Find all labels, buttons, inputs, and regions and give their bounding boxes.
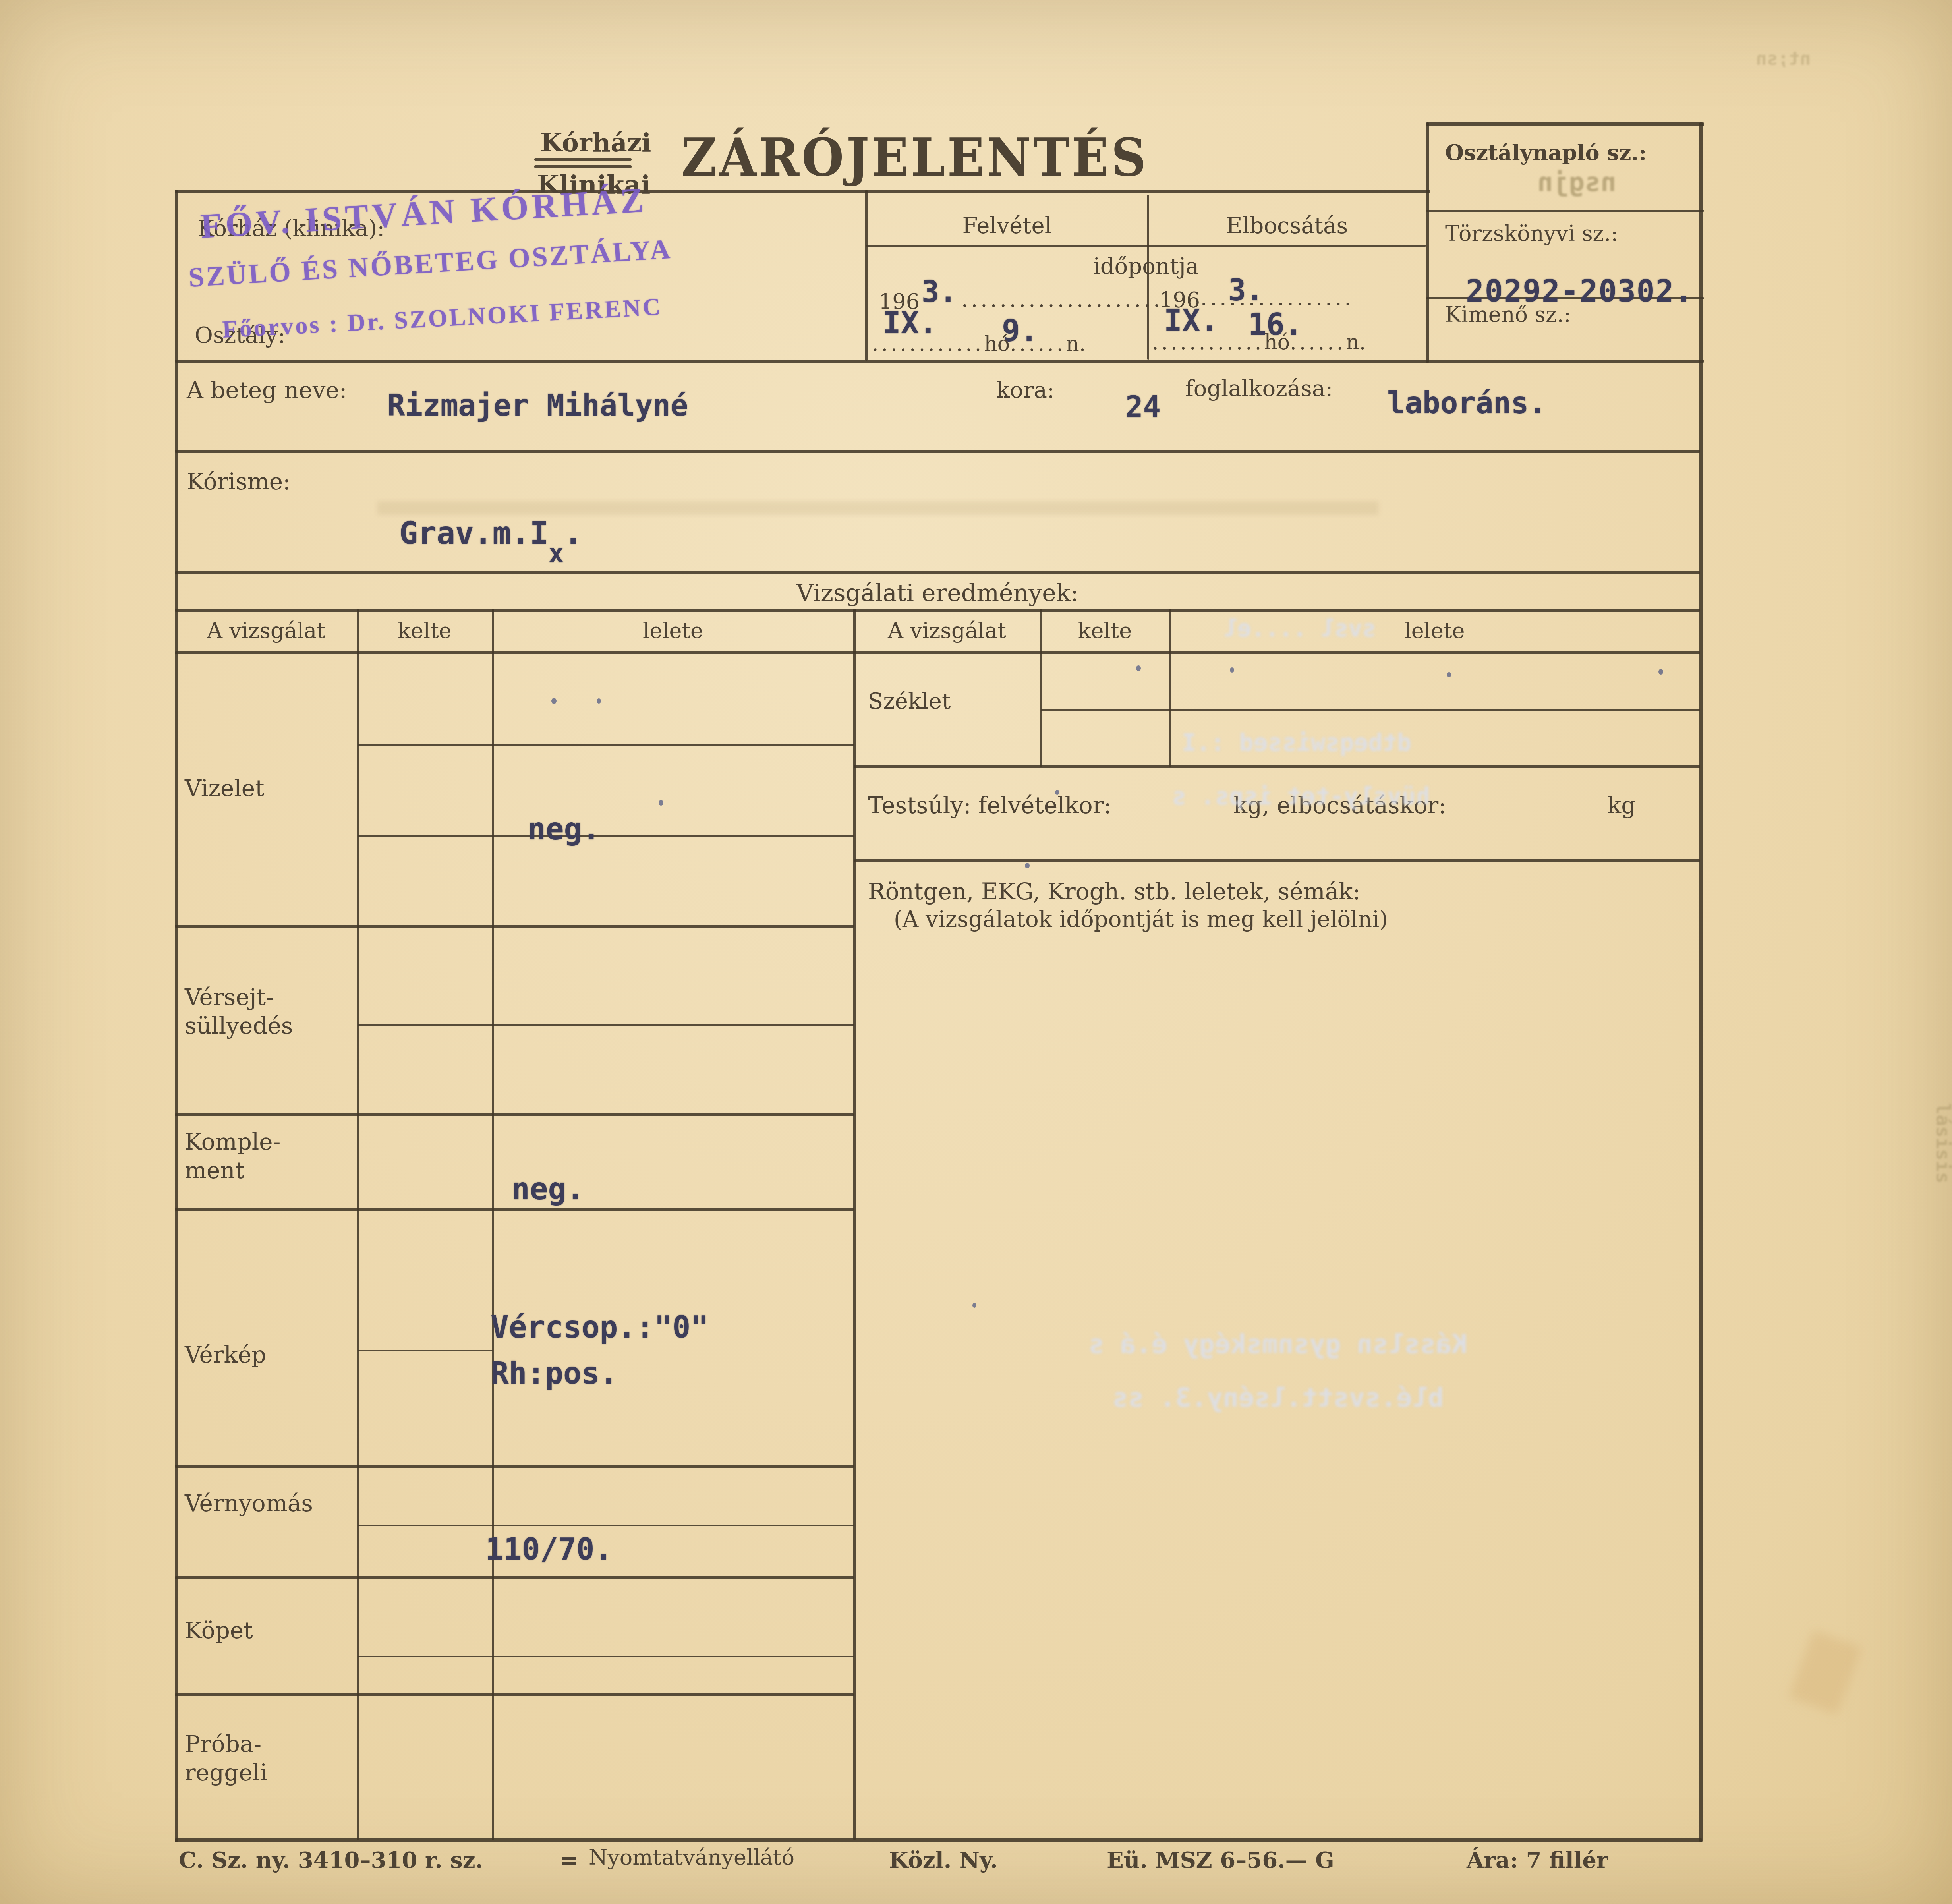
rule-vernyomas-bottom [175,1576,854,1579]
patient-age-value: 24 [1125,390,1161,424]
rule-lelete-left-divider [492,609,494,1840]
bleedthrough-block-b: blé.svstt.lsény.3. ss [1112,1382,1444,1413]
footer-printer: Közl. Ny. [889,1847,998,1873]
col-finding-left: lelete [492,618,854,643]
bleedthrough-finding-top: svsl ....el [1223,615,1376,642]
form-type-top: Kórházi [540,128,651,158]
dot-leader: ............ [1152,331,1264,354]
col-date-left: kelte [357,618,493,643]
row-label-kopet: Köpet [185,1617,253,1644]
weight-label: Testsúly: felvételkor: [868,792,1111,819]
korisme-offset-band [377,501,1378,515]
day-suffix: n. [1346,331,1366,354]
patient-occupation-label: foglalkozása: [1185,376,1333,402]
rule-cornerbox-top [1426,122,1704,126]
ink-speck [1055,790,1059,795]
rule-versejt-sub [358,1024,854,1026]
month-suffix: hó [984,332,1010,356]
dot-leader: ...... [1290,331,1346,354]
ink-speck [597,698,601,704]
ink-speck [1136,665,1141,671]
day-suffix: n. [1066,332,1086,356]
bleedthrough-right-edge: lásisis [1932,1103,1952,1183]
discharge-header: Elbocsátás [1148,213,1426,239]
finding-verkep-1: Vércsop.:"0" [491,1309,709,1345]
bleedthrough-block-a: Kásslsn gysnmskégy é.á s [1088,1329,1467,1359]
rule-korisme-bottom [175,571,1700,574]
dot-leader: ............ [872,332,984,356]
rule-center-divider [853,609,856,1840]
discharge-bottom-line: ............hó......n. [1152,331,1366,354]
paper-smudge [1789,1630,1862,1715]
xray-line1: Röntgen, EKG, Krogh. stb. leletek, sémák… [868,878,1361,905]
page-title: ZÁRÓJELENTÉS [681,126,1148,188]
rule-section1-bottom [175,360,1704,363]
rule-table-top [175,609,1700,612]
dot-leader: ...... [1010,332,1066,356]
rule-szeklet-sub [1041,709,1700,711]
month-suffix: hó [1264,331,1290,354]
row-label-proba-2: reggeli [185,1759,267,1786]
bleedthrough-stool-a: dtbeqswissed :.I [1182,729,1411,757]
rule-komplement-bottom [175,1208,854,1211]
scanned-discharge-form: Kórházi Klinikai ZÁRÓJELENTÉS Osztálynap… [0,0,1952,1904]
weight-unit-label: kg [1607,792,1636,819]
rule-name-row-bottom [175,450,1700,453]
rule-verkep-bottom [175,1465,854,1468]
rule-title-underline2 [534,165,632,168]
col-date-right: kelte [1040,618,1170,643]
col-exam-right: A vizsgálat [853,618,1041,643]
footer-supplier: Nyomtatványellátó [589,1845,794,1870]
patient-age-label: kora: [996,377,1055,403]
row-label-versejt-1: Vérsejt- [185,984,274,1011]
patient-occupation-value: laboráns. [1387,386,1546,420]
patient-name-value: Rizmajer Mihályné [387,389,688,423]
row-label-verkep: Vérkép [185,1341,266,1368]
diagnosis-period: . [564,516,582,551]
diagnosis-label: Kórisme: [187,468,291,495]
ink-speck [1658,669,1663,675]
registry-label: Törzskönyvi sz.: [1445,221,1618,246]
rule-table-bottom [175,1838,1702,1842]
ink-speck [1025,863,1030,868]
rule-vizelet-bottom [175,925,854,928]
ink-speck [659,800,663,806]
rule-felvetel-underline [866,245,1426,247]
patient-name-label: A beteg neve: [187,377,347,404]
footer-price: Ára: 7 fillér [1467,1847,1608,1873]
diagnosis-main: Grav.m.I [399,516,549,551]
rule-top-section [175,190,1430,193]
admission-bottom-line: ............hó......n. [872,332,1086,356]
registry-number-value: 20292-20302. [1466,273,1693,309]
footer-standard: Eü. MSZ 6–56.— G [1107,1847,1334,1873]
col-exam-left: A vizsgálat [175,618,358,643]
admission-dot-leader: ...................... [961,287,1173,312]
diagnosis-value: Grav.m.Ix. [399,516,582,551]
finding-vernyomas: 110/70. [485,1531,613,1567]
rule-right-thick1 [854,765,1700,768]
rule-vizelet-sub2 [358,835,854,837]
admission-header: Felvétel [866,213,1148,239]
rule-versejt-bottom [175,1113,854,1116]
finding-verkep-2: Rh:pos. [491,1355,618,1391]
xray-line2: (A vizsgálatok időpontját is meg kell je… [894,907,1388,932]
ward-log-label: Osztálynapló sz.: [1445,140,1647,165]
finding-vizelet: neg. [528,811,600,847]
rule-kopet-sub [358,1656,854,1657]
ink-speck [1230,667,1234,673]
rule-right-border [1699,122,1703,1842]
footer-print-code: C. Sz. ny. 3410–310 r. sz. [179,1847,483,1873]
row-label-komplement-1: Komple- [185,1128,280,1155]
rule-right-thick2 [854,859,1700,862]
row-label-proba-1: Próba- [185,1730,261,1757]
row-label-komplement-2: ment [185,1157,244,1184]
bleedthrough-corner-box: nsgjn [1537,167,1616,197]
admission-year-value: 3. [922,275,957,309]
rule-kelte-left-divider [357,609,359,1840]
rule-table-header-bottom [175,651,1700,654]
rule-cornerbox-div1 [1426,210,1704,212]
row-label-versejt-2: süllyedés [185,1012,293,1039]
finding-komplement: neg. [512,1171,584,1206]
rule-vernyomas-sub [358,1525,854,1526]
footer-equals: = [560,1847,579,1873]
rule-vizelet-sub1 [358,744,854,746]
hospital-stamp-line3: Főorvos : Dr. SZOLNOKI FERENC [222,293,663,344]
rule-left-border [175,190,178,1842]
diagnosis-subscript: x [549,539,564,568]
ink-speck [1447,672,1451,677]
bleedthrough-top-right: nt;sn [1756,48,1811,69]
ink-speck [551,698,557,704]
row-label-vernyomas: Vérnyomás [185,1490,313,1517]
rule-title-underline1 [534,158,632,161]
results-section-title: Vizsgálati eredmények: [175,579,1700,607]
ink-speck [972,1303,976,1308]
bleedthrough-stool-b: hüvsly-tet isps. s [1172,783,1430,810]
rule-kopet-bottom [175,1693,854,1696]
row-label-vizelet: Vizelet [185,775,264,802]
row-label-szeklet: Széklet [868,688,951,714]
rule-cornerbox-left [1426,122,1429,363]
rule-verkep-sub [358,1350,493,1351]
